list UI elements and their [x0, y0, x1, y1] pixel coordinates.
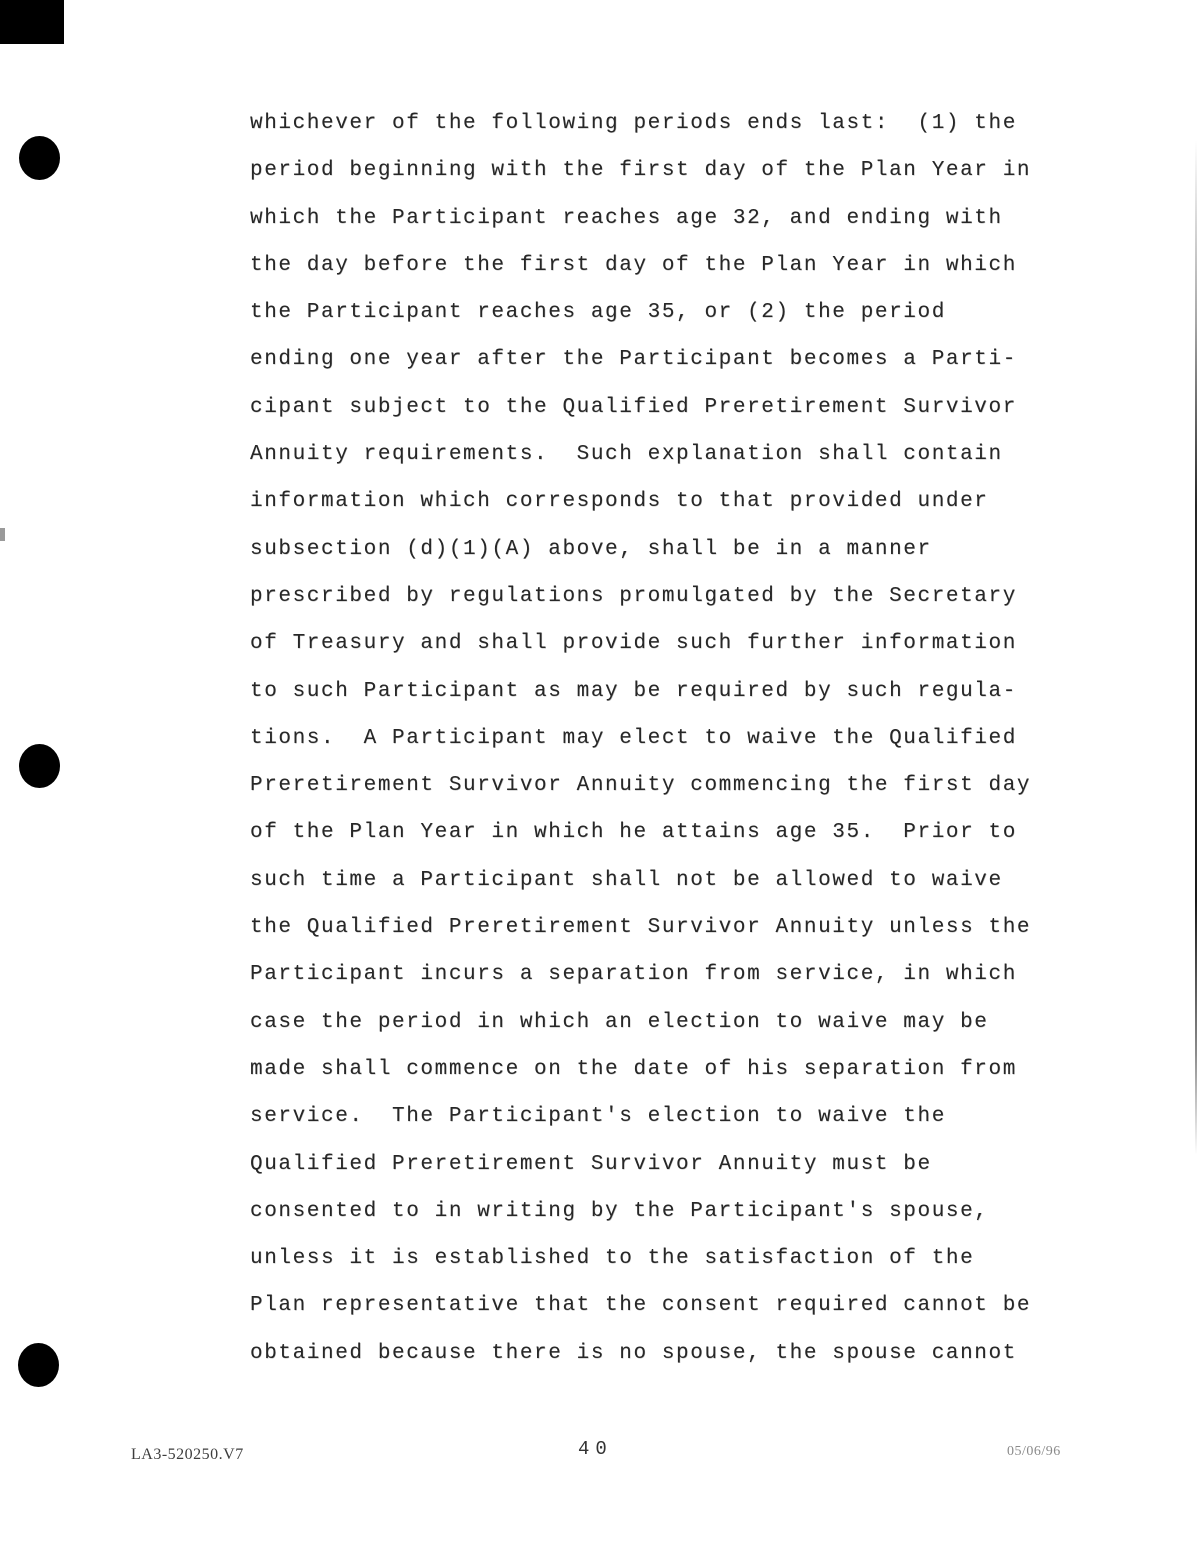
text-line: the Participant reaches age 35, or (2) t… — [250, 301, 1050, 348]
text-line: information which corresponds to that pr… — [250, 490, 1050, 537]
text-line: tions. A Participant may elect to waive … — [250, 727, 1050, 774]
footer-doc-id: LA3-520250.V7 — [131, 1446, 244, 1464]
text-line: prescribed by regulations promulgated by… — [250, 585, 1050, 632]
text-line: the day before the first day of the Plan… — [250, 254, 1050, 301]
text-line: to such Participant as may be required b… — [250, 680, 1050, 727]
text-line: of the Plan Year in which he attains age… — [250, 821, 1050, 868]
punch-hole-bottom — [18, 1343, 59, 1387]
text-line: whichever of the following periods ends … — [250, 112, 1050, 159]
text-line: subsection (d)(1)(A) above, shall be in … — [250, 538, 1050, 585]
text-line: cipant subject to the Qualified Preretir… — [250, 396, 1050, 443]
text-line: unless it is established to the satisfac… — [250, 1247, 1050, 1294]
punch-hole-top — [19, 136, 60, 180]
text-line: ending one year after the Participant be… — [250, 348, 1050, 395]
text-line: Preretirement Survivor Annuity commencin… — [250, 774, 1050, 821]
text-line: Plan representative that the consent req… — [250, 1294, 1050, 1341]
footer-date: 05/06/96 — [1007, 1444, 1061, 1460]
scan-artifact-corner — [0, 0, 64, 44]
text-line: obtained because there is no spouse, the… — [250, 1342, 1050, 1389]
text-line: made shall commence on the date of his s… — [250, 1058, 1050, 1105]
text-line: period beginning with the first day of t… — [250, 159, 1050, 206]
punch-hole-middle — [19, 744, 60, 788]
text-line: Qualified Preretirement Survivor Annuity… — [250, 1153, 1050, 1200]
text-line: such time a Participant shall not be all… — [250, 869, 1050, 916]
text-line: service. The Participant's election to w… — [250, 1105, 1050, 1152]
text-line: case the period in which an election to … — [250, 1011, 1050, 1058]
scanned-document-page: whichever of the following periods ends … — [0, 0, 1198, 1545]
text-line: of Treasury and shall provide such furth… — [250, 632, 1050, 679]
text-line: Annuity requirements. Such explanation s… — [250, 443, 1050, 490]
text-line: Participant incurs a separation from ser… — [250, 963, 1050, 1010]
text-line: which the Participant reaches age 32, an… — [250, 207, 1050, 254]
scan-artifact-right-edge-line — [1195, 140, 1197, 1155]
body-text: whichever of the following periods ends … — [250, 112, 1050, 1389]
footer-page-number: 40 — [578, 1438, 613, 1460]
text-line: the Qualified Preretirement Survivor Ann… — [250, 916, 1050, 963]
scan-artifact-left-edge-tick — [0, 528, 5, 541]
text-line: consented to in writing by the Participa… — [250, 1200, 1050, 1247]
